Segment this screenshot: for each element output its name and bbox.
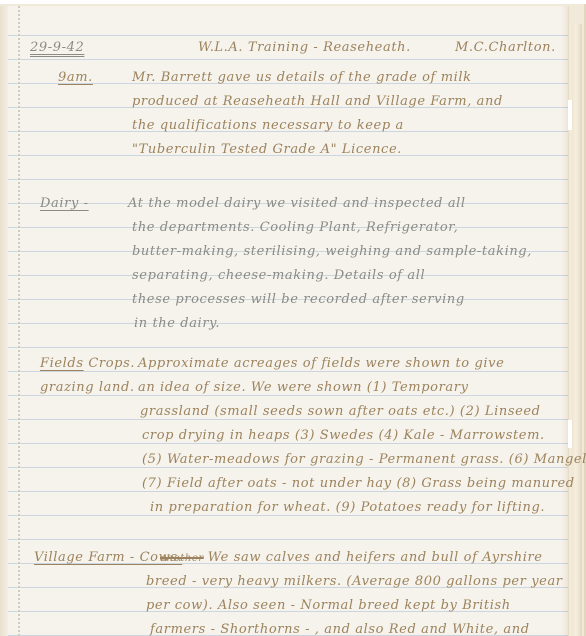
author-name: M.C.Charlton. xyxy=(455,36,556,60)
margin-line xyxy=(18,6,20,636)
text-line: an idea of size. We were shown (1) Tempo… xyxy=(138,376,469,400)
label-fields: Fields xyxy=(40,356,84,371)
label-crops: Crops. xyxy=(88,356,135,371)
text-line: Mr. Barrett gave us details of the grade… xyxy=(132,66,472,90)
text-line: grassland (small seeds sown after oats e… xyxy=(140,400,541,424)
text-line: "Tuberculin Tested Grade A" Licence. xyxy=(132,138,402,162)
page-tear xyxy=(568,420,572,448)
text-line: in preparation for wheat. (9) Potatoes r… xyxy=(150,496,545,520)
page-stack-edge xyxy=(572,24,582,636)
text-line: breed - very heavy milkers. (Average 800… xyxy=(146,570,563,594)
section-label-dairy: Dairy - xyxy=(40,192,89,216)
text-line-content: We saw calves and heifers and bull of Ay… xyxy=(208,550,543,565)
text-line: the qualifications necessary to keep a xyxy=(132,114,404,138)
text-line: crop drying in heaps (3) Swedes (4) Kale… xyxy=(142,424,545,448)
text-line: (7) Field after oats - not under hay (8)… xyxy=(142,472,575,496)
section-label-grazing: grazing land. xyxy=(40,376,135,400)
binding-edge xyxy=(0,6,8,636)
text-line: separating, cheese-making. Details of al… xyxy=(132,264,425,288)
text-line: per cow). Also seen - Normal breed kept … xyxy=(146,594,511,618)
entry-date: 29-9-42 xyxy=(30,36,84,60)
text-line: produced at Reaseheath Hall and Village … xyxy=(132,90,503,114)
text-line: the departments. Cooling Plant, Refriger… xyxy=(132,216,458,240)
text-line: (5) Water-meadows for grazing - Permanen… xyxy=(142,448,586,472)
time-label: 9am. xyxy=(58,66,93,90)
text-line: anotherWe saw calves and heifers and bul… xyxy=(160,546,543,571)
text-line: butter-making, sterilising, weighing and… xyxy=(132,240,532,264)
text-line: Approximate acreages of fields were show… xyxy=(138,352,504,376)
section-label-fields: Fields Crops. xyxy=(40,352,135,376)
page-title: W.L.A. Training - Reaseheath. xyxy=(198,36,411,60)
text-line: At the model dairy we visited and inspec… xyxy=(128,192,466,216)
struck-word: another xyxy=(160,553,204,564)
text-line: these processes will be recorded after s… xyxy=(132,288,465,312)
notebook-page: 29-9-42 W.L.A. Training - Reaseheath. M.… xyxy=(0,6,569,636)
text-line: in the dairy. xyxy=(134,312,220,336)
page-tear xyxy=(568,100,572,130)
text-line: farmers - Shorthorns - , and also Red an… xyxy=(150,618,530,636)
